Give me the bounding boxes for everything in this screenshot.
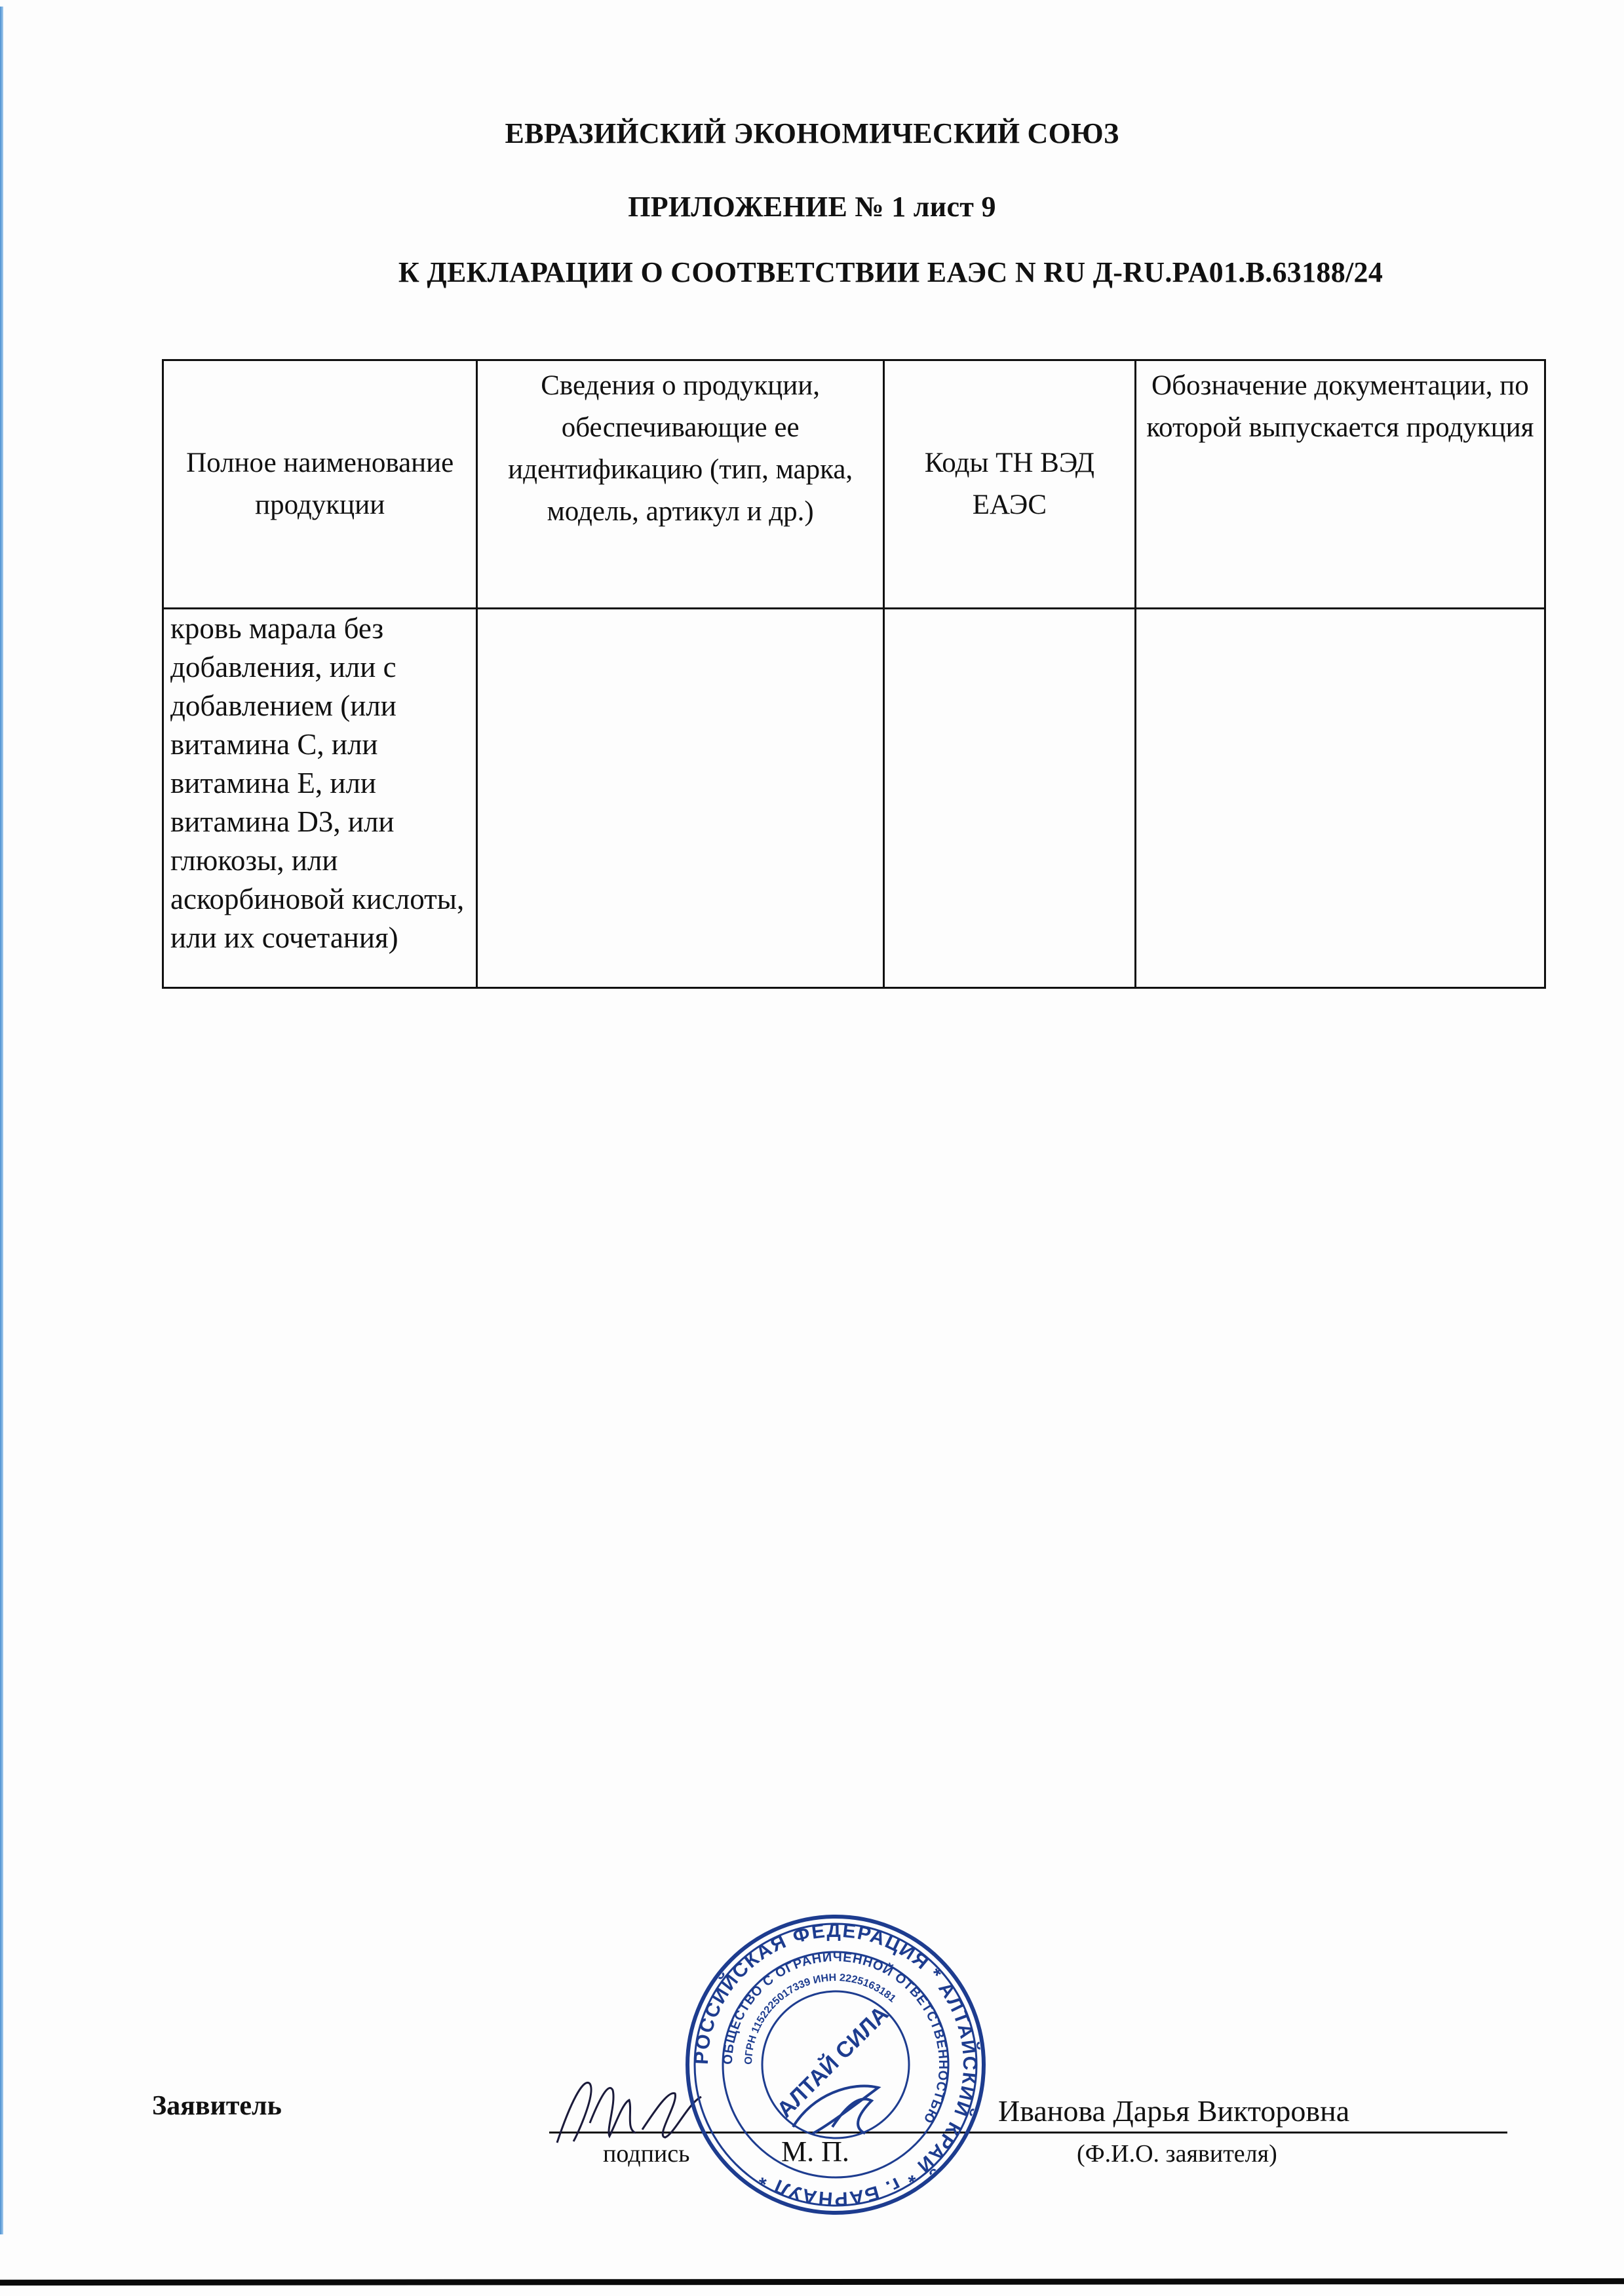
product-table: Полное наименование продукции Сведения о… xyxy=(162,359,1546,989)
union-title: ЕВРАЗИЙСКИЙ ЭКОНОМИЧЕСКИЙ СОЮЗ xyxy=(0,117,1624,150)
column-header-identification: Сведения о продукции, обеспечивающие ее … xyxy=(477,360,884,609)
appendix-title: ПРИЛОЖЕНИЕ № 1 лист 9 xyxy=(0,190,1624,223)
cell-product-name: кровь марала без добавления, или с добав… xyxy=(163,609,477,988)
applicant-name: Иванова Дарья Викторовна xyxy=(998,2094,1349,2128)
column-header-tn-ved-codes: Коды ТН ВЭД ЕАЭС xyxy=(883,360,1135,609)
company-seal-icon: РОССИЙСКАЯ ФЕДЕРАЦИЯ * АЛТАЙСКИЙ КРАЙ * … xyxy=(682,1911,990,2219)
cell-identification xyxy=(477,609,884,988)
scan-edge-left xyxy=(0,7,3,2234)
column-header-documentation: Обозначение документации, по которой вып… xyxy=(1135,360,1545,609)
table-header-row: Полное наименование продукции Сведения о… xyxy=(163,360,1545,609)
applicant-label: Заявитель xyxy=(152,2090,282,2122)
declaration-title: К ДЕКЛАРАЦИИ О СООТВЕТСТВИИ ЕАЭС N RU Д-… xyxy=(79,256,1624,289)
cell-tn-ved-codes xyxy=(883,609,1135,988)
column-header-product-name: Полное наименование продукции xyxy=(163,360,477,609)
cell-documentation xyxy=(1135,609,1545,988)
scan-edge-bottom xyxy=(0,2278,1624,2286)
table-row: кровь марала без добавления, или с добав… xyxy=(163,609,1545,988)
name-caption: (Ф.И.О. заявителя) xyxy=(1077,2139,1277,2168)
stamp-center-text: АЛТАЙ СИЛА xyxy=(772,2001,893,2122)
